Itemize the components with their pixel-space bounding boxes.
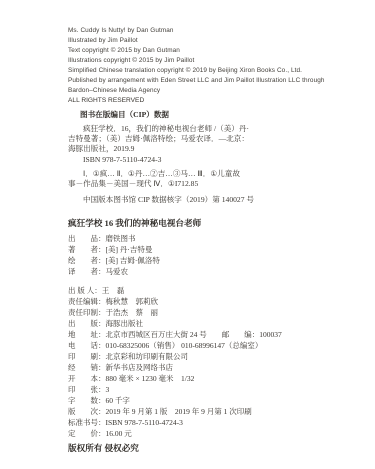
copyright-line: Bardon–Chinese Media Agency xyxy=(68,86,317,96)
row-value: ISBN 978-7-5110-4724-3 xyxy=(106,418,183,427)
cip-description-line: 海豚出版社，2019.9 xyxy=(68,144,317,154)
all-rights-reserved-line: ALL RIGHTS RESERVED xyxy=(68,96,317,106)
row-value: 010-68325006（销售） 010-68996147（总编室） xyxy=(106,341,263,350)
english-copyright-block: Ms. Cuddy Is Nutty! by Dan Gutman Illust… xyxy=(68,26,317,106)
colophon-row-wordcount: 字 数：60 千字 xyxy=(68,395,317,406)
row-value: [美] 丹·吉特曼 xyxy=(106,245,153,254)
row-value: 梅秋慧 郭莉欣 xyxy=(106,297,159,306)
row-value: 于浩杰 蔡 丽 xyxy=(106,308,159,317)
row-label: 版 次： xyxy=(68,407,106,416)
cip-record-number: 中国版本图书馆 CIP 数据核字（2019）第 140027 号 xyxy=(68,195,317,205)
colophon-row-price: 定 价：16.00 元 xyxy=(68,428,317,439)
colophon-row-isbn: 标准书号：ISBN 978-7-5110-4724-3 xyxy=(68,417,317,428)
colophon-row-printer: 印 刷：北京彩和坊印刷有限公司 xyxy=(68,351,317,362)
row-label: 绘 者： xyxy=(68,256,106,265)
colophon-row-print-supervisors: 责任印制：于浩杰 蔡 丽 xyxy=(68,307,317,318)
copyright-notice: 版权所有 侵权必究 xyxy=(68,443,317,454)
row-value: 60 千字 xyxy=(106,396,130,405)
row-label: 责任印制： xyxy=(68,308,106,317)
colophon-row-illustrator: 绘 者：[美] 吉姆·佩洛特 xyxy=(68,255,317,266)
row-value: 海豚出版社 xyxy=(106,319,144,328)
colophon-row-phone: 电 话：010-68325006（销售） 010-68996147（总编室） xyxy=(68,340,317,351)
row-label: 开 本： xyxy=(68,374,106,383)
row-value: [美] 吉姆·佩洛特 xyxy=(106,256,160,265)
cip-description-line: 吉特曼著；（美）吉姆·佩洛特绘；马爱农译．—北京： xyxy=(68,134,317,144)
row-value: 3 xyxy=(106,385,110,394)
row-label: 经 销： xyxy=(68,363,106,372)
row-value: 马爱农 xyxy=(106,267,129,276)
row-label: 出 版： xyxy=(68,319,106,328)
copyright-line: Published by arrangement with Eden Stree… xyxy=(68,76,317,86)
copyright-page: Ms. Cuddy Is Nutty! by Dan Gutman Illust… xyxy=(0,0,375,469)
row-value: 2019 年 9 月第 1 版 2019 年 9 月第 1 次印刷 xyxy=(106,407,252,416)
row-value: 880 毫米 × 1230 毫米 1/32 xyxy=(106,374,195,383)
colophon-row-producer: 出 品：磨铁图书 xyxy=(68,233,317,244)
colophon-row-publisher-person: 出 版 人：王 磊 xyxy=(68,285,317,296)
row-label: 字 数： xyxy=(68,396,106,405)
colophon-row-publisher: 出 版：海豚出版社 xyxy=(68,318,317,329)
copyright-line: Illustrations copyright © 2015 by Jim Pa… xyxy=(68,56,317,66)
row-label: 译 者： xyxy=(68,267,106,276)
row-value: 16.00 元 xyxy=(106,429,132,438)
row-label: 责任编辑： xyxy=(68,297,106,306)
row-label: 出 品： xyxy=(68,234,106,243)
row-value: 北京市西城区百万庄大街 24 号 邮 编：100037 xyxy=(106,330,282,339)
row-label: 定 价： xyxy=(68,429,106,438)
book-title: 疯狂学校 16 我们的神秘电视台老师 xyxy=(68,218,317,229)
cip-description-line: 疯狂学校．16，我们的神秘电视台老师 /（美）丹· xyxy=(68,124,317,134)
row-label: 地 址： xyxy=(68,330,106,339)
row-label: 出 版 人： xyxy=(68,286,102,295)
colophon-row-sheets: 印 张：3 xyxy=(68,384,317,395)
colophon-row-editors: 责任编辑：梅秋慧 郭莉欣 xyxy=(68,296,317,307)
row-label: 著 者： xyxy=(68,245,106,254)
colophon-row-translator: 译 者：马爱农 xyxy=(68,266,317,277)
row-label: 印 刷： xyxy=(68,352,106,361)
cip-description: 疯狂学校．16，我们的神秘电视台老师 /（美）丹· 吉特曼著；（美）吉姆·佩洛特… xyxy=(68,124,317,154)
row-label: 印 张： xyxy=(68,385,106,394)
colophon-rows: 出 品：磨铁图书 著 者：[美] 丹·吉特曼 绘 者：[美] 吉姆·佩洛特 译 … xyxy=(68,233,317,439)
cip-header: 图书在版编目（CIP）数据 xyxy=(68,110,317,120)
cip-classification: Ⅰ．①疯… Ⅱ．①丹…②吉…③马… Ⅲ．①儿童故 事－作品集－美国－现代 Ⅳ．①… xyxy=(68,169,317,189)
row-label: 电 话： xyxy=(68,341,106,350)
row-value: 北京彩和坊印刷有限公司 xyxy=(106,352,189,361)
copyright-line: Simplified Chinese translation copyright… xyxy=(68,66,317,76)
colophon-row-distributor: 经 销：新华书店及网络书店 xyxy=(68,362,317,373)
colophon-row-author: 著 者：[美] 丹·吉特曼 xyxy=(68,244,317,255)
colophon-row-address: 地 址：北京市西城区百万庄大街 24 号 邮 编：100037 xyxy=(68,329,317,340)
copyright-line: Illustrated by Jim Paillot xyxy=(68,36,317,46)
row-value: 磨铁图书 xyxy=(106,234,136,243)
copyright-line: Ms. Cuddy Is Nutty! by Dan Gutman xyxy=(68,26,317,36)
row-label: 标准书号： xyxy=(68,418,106,427)
cip-data-block: 图书在版编目（CIP）数据 疯狂学校．16，我们的神秘电视台老师 /（美）丹· … xyxy=(68,110,317,205)
copyright-line: Text copyright © 2015 by Dan Gutman xyxy=(68,46,317,56)
cip-classification-line: Ⅰ．①疯… Ⅱ．①丹…②吉…③马… Ⅲ．①儿童故 xyxy=(68,169,317,179)
colophon-row-format: 开 本：880 毫米 × 1230 毫米 1/32 xyxy=(68,373,317,384)
row-value: 新华书店及网络书店 xyxy=(106,363,174,372)
colophon-row-edition: 版 次：2019 年 9 月第 1 版 2019 年 9 月第 1 次印刷 xyxy=(68,406,317,417)
cip-classification-line: 事－作品集－美国－现代 Ⅳ．①I712.85 xyxy=(68,179,317,189)
cip-isbn: ISBN 978-7-5110-4724-3 xyxy=(68,155,317,165)
row-value: 王 磊 xyxy=(102,286,125,295)
